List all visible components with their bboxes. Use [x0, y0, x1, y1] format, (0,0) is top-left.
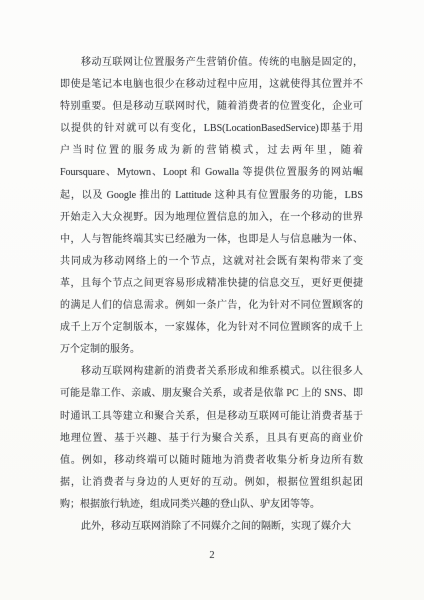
text-line: 购；根据旅行轨迹，组成同类兴趣的登山队、驴友团等等。 — [60, 494, 363, 516]
text-line: 据，让消费者与身边的人更好的互动。例如，根据位置组织起团 — [60, 472, 363, 494]
text-line: 移动互联网构建新的消费者关系形成和维系模式。以往很多人 — [60, 361, 363, 383]
page-number: 2 — [0, 549, 424, 563]
text-line: 起，以及 Google 推出的 Lattitude 这种具有位置服务的功能，LB… — [60, 185, 363, 207]
text-line: Foursquare、Mytown、Loopt 和 Gowalla 等提供位置服… — [60, 162, 363, 184]
text-line: 以提供的针对就可以有变化，LBS(LocationBasedService)即基… — [60, 118, 363, 140]
text-line: 的满足人们的信息需求。例如一条广告，化为针对不同位置顾客的 — [60, 295, 363, 317]
text-line: 移动互联网让位置服务产生营销价值。传统的电脑是固定的， — [60, 52, 363, 74]
text-line: 即使是笔记本电脑也很少在移动过程中应用，这就使得其位置并不 — [60, 74, 363, 96]
text-line: 万个定制的服务。 — [60, 339, 363, 361]
text-line: 特别重要。但是移动互联网时代，随着消费者的位置变化，企业可 — [60, 96, 363, 118]
text-line: 中，人与智能终端其实已经融为一体，也即是人与信息融为一体、 — [60, 229, 363, 251]
text-line: 此外，移动互联网消除了不同媒介之间的隔断，实现了媒介大 — [60, 516, 363, 538]
text-line: 可能是靠工作、亲戚、朋友聚合关系，或者是依靠 PC 上的 SNS、即 — [60, 383, 363, 405]
text-line: 时通讯工具等建立和聚合关系，但是移动互联网可能让消费者基于 — [60, 406, 363, 428]
text-line: 户当时位置的服务成为新的营销模式，过去两年里，随着 — [60, 140, 363, 162]
document-page: 移动互联网让位置服务产生营销价值。传统的电脑是固定的， 即使是笔记本电脑也很少在… — [0, 0, 424, 600]
text-line: 成千上万个定制版本，一家媒体，化为针对不同位置顾客的成千上 — [60, 317, 363, 339]
text-line: 开始走入大众视野。因为地理位置信息的加入，在一个移动的世界 — [60, 207, 363, 229]
document-body: 移动互联网让位置服务产生营销价值。传统的电脑是固定的， 即使是笔记本电脑也很少在… — [60, 52, 363, 538]
text-line: 共同成为移动网络上的一个节点，这就对社会既有架构带来了变 — [60, 251, 363, 273]
text-line: 地理位置、基于兴趣、基于行为聚合关系，且具有更高的商业价 — [60, 428, 363, 450]
text-line: 革，且每个节点之间更容易形成精准快捷的信息交互，更好更便捷 — [60, 273, 363, 295]
text-line: 值。例如，移动终端可以随时随地为消费者收集分析身边所有数 — [60, 450, 363, 472]
